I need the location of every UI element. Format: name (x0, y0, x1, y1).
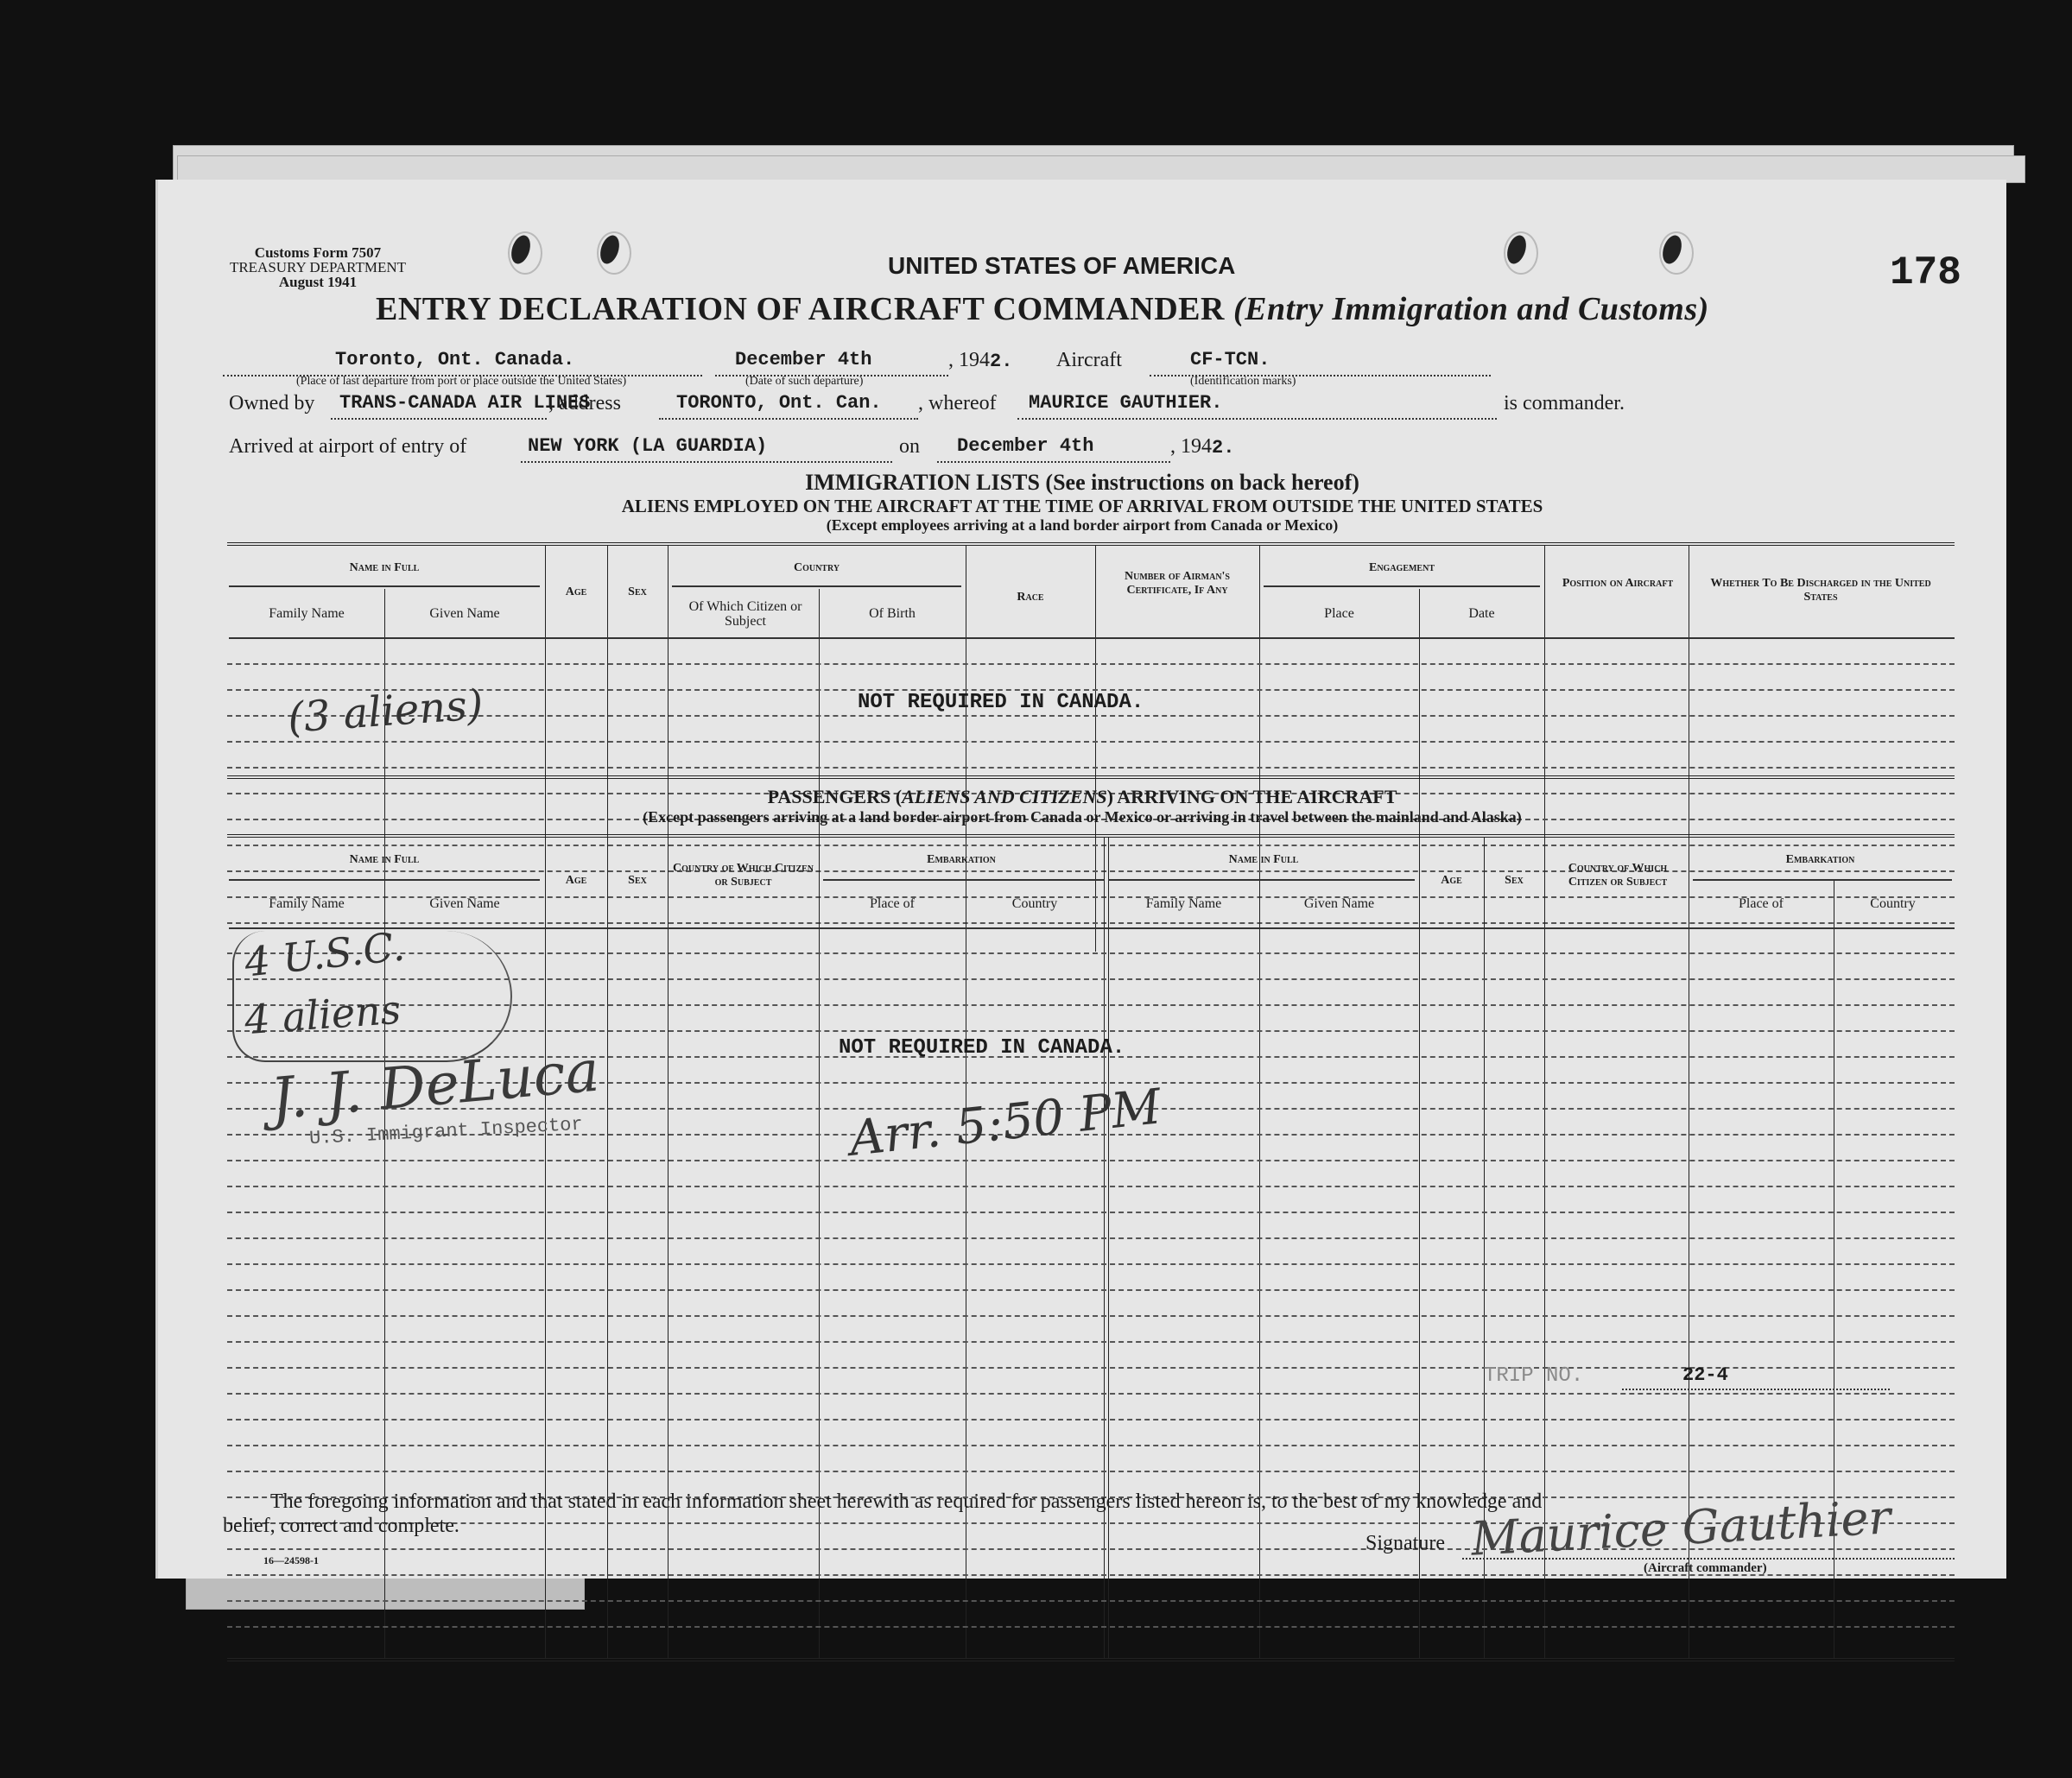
underlying-sheet-bottom (186, 1577, 585, 1610)
col-divider (545, 838, 546, 1658)
whereof-label: , whereof (918, 392, 997, 415)
arrival-airport-field[interactable]: NEW YORK (LA GUARDIA) (528, 435, 767, 457)
punch-hole-icon (1659, 231, 1694, 275)
aircraft-label: Aircraft (1056, 349, 1122, 372)
pax-col-name-in-full: Name in Full (229, 853, 540, 867)
col-divider (607, 838, 608, 1658)
form-row (227, 741, 1955, 743)
group-divider (1693, 879, 1952, 881)
certification-line-2: belief, correct and complete. (223, 1515, 459, 1538)
form-row (227, 1445, 1955, 1446)
col-divider (1259, 881, 1260, 1658)
form-row (227, 1341, 1955, 1343)
pax-col-family-name-2: Family Name (1108, 896, 1259, 911)
departure-year: , 1942. (948, 349, 1012, 372)
pax-col-embarkation-2: Embarkation (1689, 853, 1952, 867)
arrival-date-underline (937, 461, 1170, 463)
passengers-table-bottom-rule (227, 1658, 1955, 1661)
pax-col-place-of: Place of (819, 896, 966, 911)
pax-col-place-of-2: Place of (1689, 896, 1834, 911)
form-row (227, 1471, 1955, 1472)
form-title: ENTRY DECLARATION OF AIRCRAFT COMMANDER … (376, 290, 1709, 328)
owner-underline (331, 418, 547, 420)
pax-col-name-in-full-2: Name in Full (1108, 853, 1419, 867)
col-divider (1108, 838, 1109, 1658)
pax-col-embarkation: Embarkation (819, 853, 1104, 867)
header-bottom-rule (229, 637, 1955, 639)
pax-col-citizen-of-2: Country of Which Citizen or Subject (1549, 862, 1687, 889)
immigration-table-top-rule (227, 542, 1955, 546)
arrival-year: , 1942. (1170, 435, 1234, 459)
col-sex: Sex (607, 585, 668, 599)
col-position: Position on Aircraft (1549, 577, 1687, 591)
form-title-main: ENTRY DECLARATION OF AIRCRAFT COMMANDER (376, 291, 1225, 327)
col-divider (668, 838, 668, 1658)
col-divider (966, 881, 966, 1658)
signature-label: Signature (1365, 1532, 1445, 1555)
passengers-section-rule (227, 775, 1955, 779)
form-row (227, 715, 1955, 717)
trip-number-field[interactable]: 22-4 (1682, 1364, 1728, 1386)
col-discharged: Whether To Be Discharged in the United S… (1695, 577, 1946, 604)
certification-line-1: The foregoing information and that state… (270, 1490, 1542, 1514)
address-field[interactable]: TORONTO, Ont. Can. (676, 392, 882, 414)
col-engagement-place: Place (1259, 606, 1419, 621)
form-row (227, 845, 1955, 846)
col-name-in-full: Name in Full (229, 561, 540, 575)
arrival-on-label: on (899, 435, 920, 459)
form-row (227, 1315, 1955, 1317)
commander-suffix: is commander. (1504, 392, 1625, 415)
arrival-airport-underline (521, 461, 892, 463)
immigration-heading: IMMIGRATION LISTS (See instructions on b… (158, 470, 2006, 496)
col-engagement: Engagement (1259, 561, 1544, 575)
arrival-label: Arrived at airport of entry of (229, 435, 466, 459)
form-row (227, 1263, 1955, 1265)
departure-place-field[interactable]: Toronto, Ont. Canada. (335, 349, 574, 370)
form-row (227, 1186, 1955, 1187)
form-edition: August 1941 (223, 275, 413, 289)
form-row (227, 1212, 1955, 1213)
col-age: Age (545, 585, 607, 599)
col-family-name: Family Name (229, 606, 384, 621)
form-row (227, 1626, 1955, 1628)
col-country: Country (668, 561, 966, 575)
arrival-year-prefix: , 194 (1170, 435, 1212, 458)
col-divider (1095, 546, 1096, 952)
col-airman-cert: Number of Airman's Certificate, If Any (1099, 570, 1255, 598)
departure-year-field[interactable]: 2. (990, 351, 1012, 372)
form-row (227, 1160, 1955, 1161)
form-row (227, 1289, 1955, 1291)
passengers-heading-pre: PASSENGERS ( (768, 786, 902, 807)
arrival-year-field[interactable]: 2. (1212, 437, 1234, 459)
form-row (227, 767, 1955, 769)
group-divider (672, 585, 961, 587)
form-number: Customs Form 7507 (223, 245, 413, 260)
customs-form-7507: Customs Form 7507 TREASURY DEPARTMENT Au… (155, 180, 2006, 1579)
group-divider (1108, 879, 1415, 881)
country-heading: UNITED STATES OF AMERICA (888, 252, 1235, 280)
form-title-subtitle: (Entry Immigration and Customs) (1233, 291, 1709, 327)
immigration-not-required-stamp: NOT REQUIRED IN CANADA. (858, 691, 1144, 714)
col-race: Race (966, 591, 1095, 604)
col-engagement-date: Date (1419, 606, 1544, 621)
immigration-note: (Except employees arriving at a land bor… (158, 516, 2006, 535)
commander-underline (1017, 418, 1497, 420)
form-row (227, 663, 1955, 665)
passengers-heading-post: ) ARRIVING ON THE AIRCRAFT (1107, 786, 1397, 807)
pax-col-age-2: Age (1419, 874, 1484, 888)
department: TREASURY DEPARTMENT (223, 260, 413, 275)
passengers-heading: PASSENGERS (ALIENS AND CITIZENS) ARRIVIN… (158, 786, 2006, 808)
arrival-time-note: Arr. 5:50 PM (847, 1079, 1164, 1167)
arrival-date-field[interactable]: December 4th (957, 435, 1093, 457)
punch-hole-icon (1504, 231, 1538, 275)
passengers-not-required-stamp: NOT REQUIRED IN CANADA. (839, 1036, 1125, 1060)
pax-col-age: Age (545, 874, 607, 888)
pax-col-sex: Sex (607, 874, 668, 888)
header-bottom-rule (229, 927, 1955, 929)
aircraft-marks-caption: (Identification marks) (1190, 375, 1296, 389)
departure-year-prefix: , 194 (948, 349, 990, 371)
address-label: , address (548, 392, 621, 415)
form-row (227, 922, 1955, 924)
owned-by-label: Owned by (229, 392, 314, 415)
group-divider (1264, 585, 1540, 587)
pax-col-family-name: Family Name (229, 896, 384, 911)
pax-col-given-name: Given Name (384, 896, 545, 911)
col-divider (1104, 838, 1105, 1658)
pax-col-country-2: Country (1834, 896, 1952, 911)
pax-col-citizen-of: Country of Which Citizen or Subject (672, 862, 814, 889)
passengers-heading-italic: ALIENS AND CITIZENS (902, 786, 1107, 807)
form-code: 16—24598-1 (263, 1554, 319, 1567)
group-divider (229, 879, 540, 881)
punch-hole-icon (508, 231, 542, 275)
punch-hole-icon (597, 231, 631, 275)
group-divider (823, 879, 1104, 881)
pax-col-sex-2: Sex (1484, 874, 1544, 888)
form-identifier: Customs Form 7507 TREASURY DEPARTMENT Au… (223, 245, 413, 289)
departure-date-field[interactable]: December 4th (735, 349, 871, 370)
departure-date-caption: (Date of such departure) (745, 375, 863, 389)
col-citizen-of: Of Which Citizen or Subject (676, 599, 814, 629)
form-row (227, 870, 1955, 872)
bracket-mark (232, 931, 512, 1062)
col-of-birth: Of Birth (819, 606, 966, 621)
trip-number-label: TRIP NO. (1484, 1364, 1583, 1388)
group-divider (229, 585, 540, 587)
form-row (227, 1237, 1955, 1239)
aircraft-marks-field[interactable]: CF-TCN. (1190, 349, 1270, 370)
immigration-subheading: ALIENS EMPLOYED ON THE AIRCRAFT AT THE T… (158, 496, 2006, 517)
col-divider (819, 838, 820, 1658)
passengers-table-top-rule (227, 834, 1955, 838)
commander-field[interactable]: MAURICE GAUTHIER. (1029, 392, 1222, 414)
signature-caption: (Aircraft commander) (1644, 1561, 1767, 1576)
address-underline (659, 418, 918, 420)
pax-col-given-name-2: Given Name (1259, 896, 1419, 911)
pax-col-country: Country (966, 896, 1104, 911)
form-row (227, 1419, 1955, 1421)
form-row (227, 1393, 1955, 1395)
page-number: 178 (1890, 250, 1961, 295)
form-row (227, 1600, 1955, 1602)
departure-place-caption: (Place of last departure from port or pl… (296, 375, 626, 389)
passengers-note: (Except passengers arriving at a land bo… (158, 808, 2006, 826)
trip-number-underline (1622, 1389, 1890, 1390)
col-given-name: Given Name (384, 606, 545, 621)
